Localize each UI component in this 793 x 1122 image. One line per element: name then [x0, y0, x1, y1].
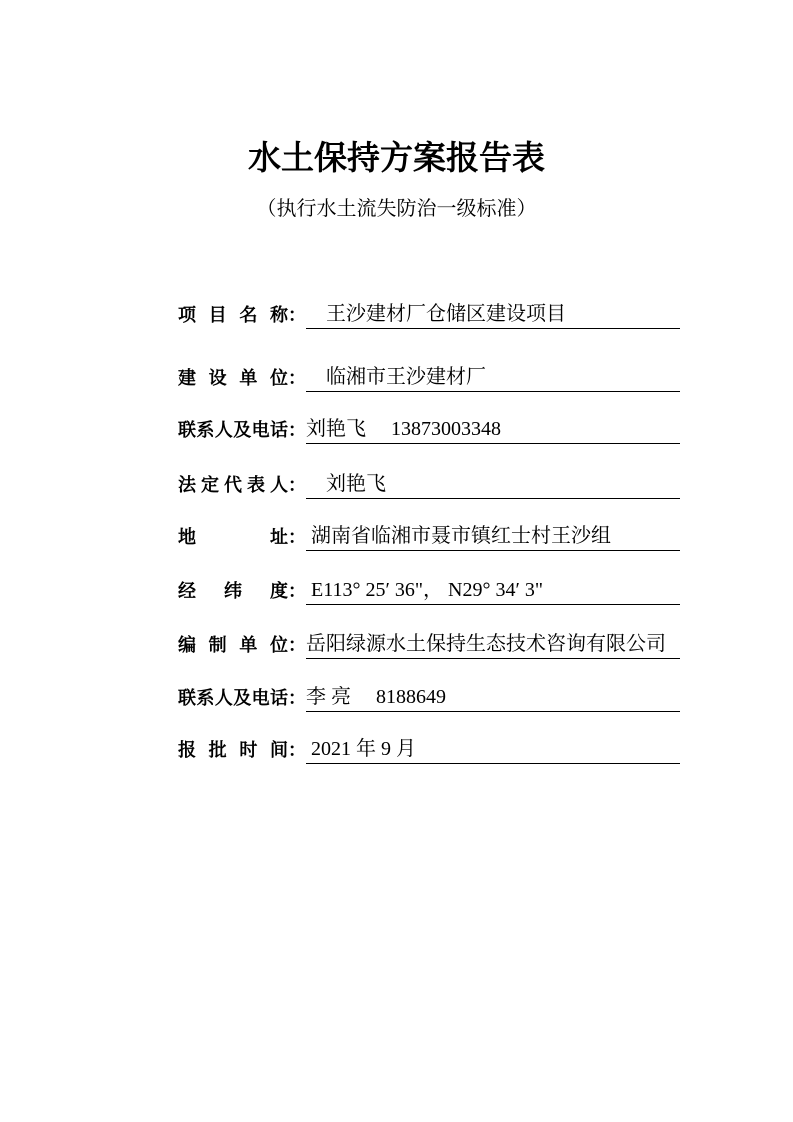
field-row-contact-phone-2: 联系人及电话： 李 亮 8188649 [178, 686, 680, 712]
field-label-text: 经纬度 [178, 579, 288, 603]
field-label: 报批时间： [178, 738, 306, 764]
field-row-compiling-unit: 编制单位： 岳阳绿源水土保持生态技术咨询有限公司 [178, 633, 680, 659]
field-label: 法定代表人： [178, 473, 306, 499]
label-colon: ： [288, 303, 306, 327]
label-colon: ： [288, 686, 306, 710]
field-label-text: 建设单位 [178, 366, 288, 390]
field-row-project-name: 项目名称： 王沙建材厂仓储区建设项目 [178, 303, 680, 329]
field-value-underlined: 李 亮 8188649 [306, 685, 680, 712]
label-colon: ： [288, 418, 306, 442]
field-label: 编制单位： [178, 633, 306, 659]
field-label: 地址： [178, 525, 306, 551]
field-label: 联系人及电话： [178, 686, 306, 712]
field-value-underlined: 2021 年 9 月 [306, 737, 680, 764]
label-colon: ： [288, 525, 306, 549]
field-row-contact-phone-1: 联系人及电话： 刘艳飞 13873003348 [178, 418, 680, 444]
label-colon: ： [288, 366, 306, 390]
field-label: 建设单位： [178, 366, 306, 392]
field-value-underlined: 王沙建材厂仓储区建设项目 [306, 302, 680, 329]
field-label-text: 联系人及电话 [178, 418, 288, 442]
field-row-coordinates: 经纬度： E113° 25′ 36"， N29° 34′ 3" [178, 579, 680, 605]
field-label: 项目名称： [178, 303, 306, 329]
field-row-address: 地址： 湖南省临湘市聂市镇红士村王沙组 [178, 525, 680, 551]
field-label-text: 报批时间 [178, 738, 288, 762]
field-value-underlined: 湖南省临湘市聂市镇红士村王沙组 [306, 524, 680, 551]
label-colon: ： [288, 473, 306, 497]
field-value-underlined: 岳阳绿源水土保持生态技术咨询有限公司 [306, 632, 680, 659]
label-colon: ： [288, 738, 306, 762]
field-label-text: 联系人及电话 [178, 686, 288, 710]
field-value-underlined: 刘艳飞 [306, 472, 680, 499]
field-label: 联系人及电话： [178, 418, 306, 444]
document-title: 水土保持方案报告表 [0, 139, 793, 179]
field-row-construction-unit: 建设单位： 临湘市王沙建材厂 [178, 366, 680, 392]
field-label-text: 编制单位 [178, 633, 288, 657]
field-value-underlined: 临湘市王沙建材厂 [306, 365, 680, 392]
document-subtitle: （执行水土流失防治一级标准） [0, 196, 793, 222]
field-value-underlined: 刘艳飞 13873003348 [306, 417, 680, 444]
field-row-approval-date: 报批时间： 2021 年 9 月 [178, 738, 680, 764]
field-value-underlined: E113° 25′ 36"， N29° 34′ 3" [306, 578, 680, 605]
field-label-text: 项目名称 [178, 303, 288, 327]
field-label-text: 法定代表人 [178, 473, 288, 497]
document-page: 水土保持方案报告表 （执行水土流失防治一级标准） 项目名称： 王沙建材厂仓储区建… [0, 0, 793, 1122]
field-label-text: 地址 [178, 525, 288, 549]
field-row-legal-representative: 法定代表人： 刘艳飞 [178, 473, 680, 499]
label-colon: ： [288, 633, 306, 657]
field-label: 经纬度： [178, 579, 306, 605]
label-colon: ： [288, 579, 306, 603]
